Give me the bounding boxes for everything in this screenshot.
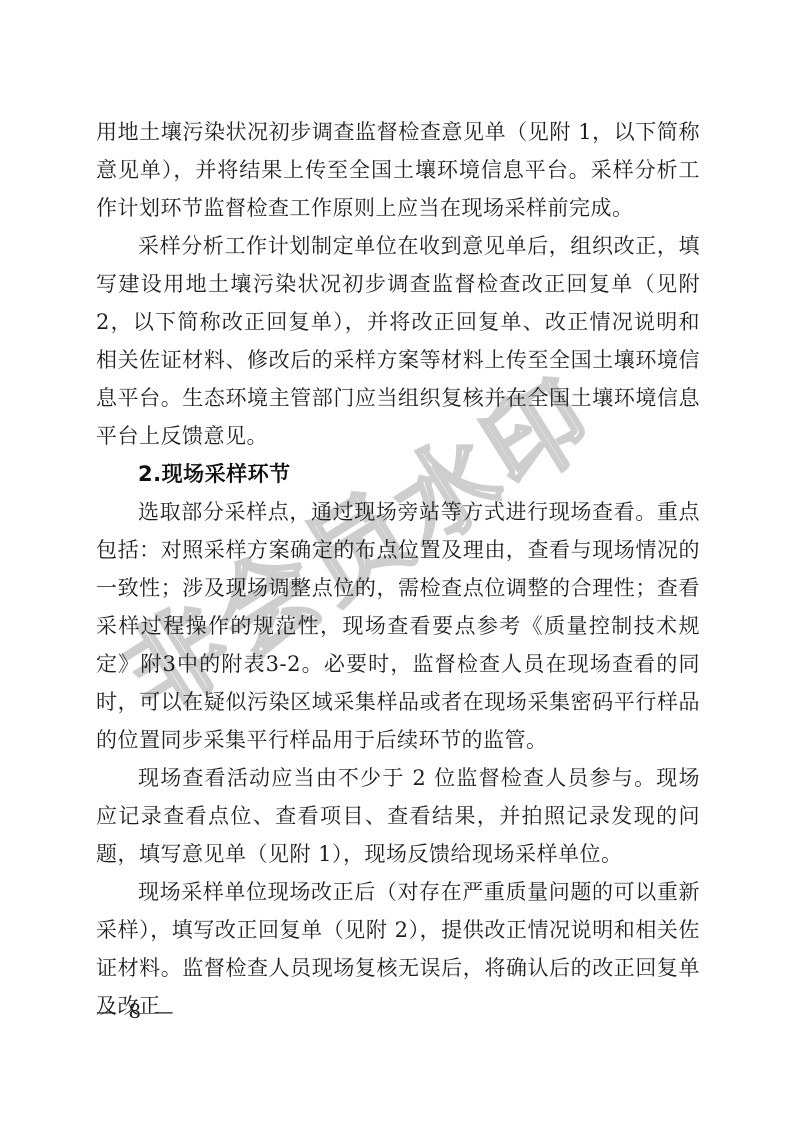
document-page: 非会员水印 用地土壤污染状况初步调查监督检查意见单（见附 1，以下简称意见单），…	[0, 0, 794, 1123]
body-paragraph-5: 现场采样单位现场改正后（对存在严重质量问题的可以重新采样），填写改正回复单（见附…	[96, 873, 700, 1025]
body-paragraph-1: 用地土壤污染状况初步调查监督检查意见单（见附 1，以下简称意见单），并将结果上传…	[96, 113, 700, 227]
document-body: 用地土壤污染状况初步调查监督检查意见单（见附 1，以下简称意见单），并将结果上传…	[96, 113, 700, 1025]
body-paragraph-3: 选取部分采样点，通过现场旁站等方式进行现场查看。重点包括：对照采样方案确定的布点…	[96, 493, 700, 759]
page-number: — 8 —	[96, 997, 176, 1025]
body-paragraph-2: 采样分析工作计划制定单位在收到意见单后，组织改正，填写建设用地土壤污染状况初步调…	[96, 227, 700, 455]
body-paragraph-4: 现场查看活动应当由不少于 2 位监督检查人员参与。现场应记录查看点位、查看项目、…	[96, 759, 700, 873]
section-heading: 2.现场采样环节	[96, 455, 700, 493]
